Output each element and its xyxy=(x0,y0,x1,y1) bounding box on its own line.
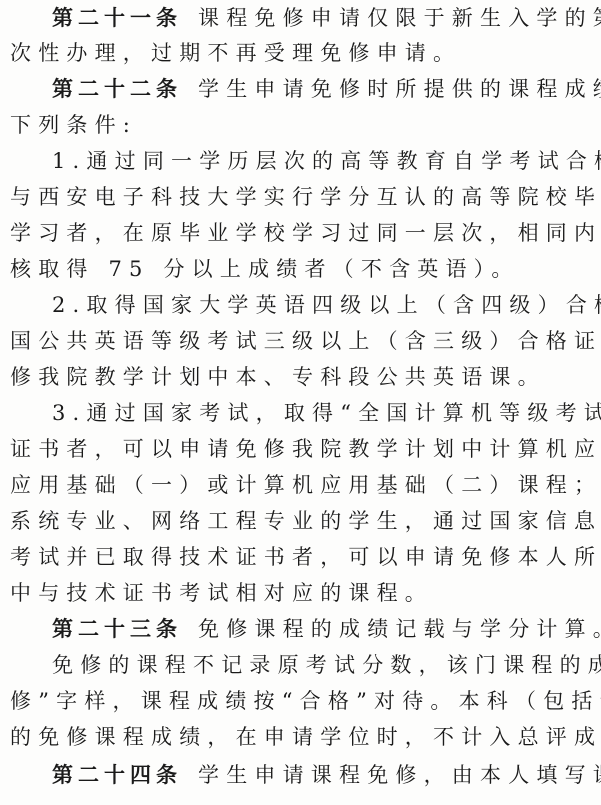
article-22-line-1: 第二十二条学生申请免修时所提供的课程成绩必须符合 xyxy=(52,71,601,107)
para-line-3: 的免修课程成绩，在申请学位时，不计入总评成绩。 xyxy=(10,719,590,755)
item-1-line-4: 核取得 75 分以上成绩者（不含英语）。 xyxy=(10,251,590,287)
document-page: 第二十一条课程免修申请仅限于新生入学的第一学期一 次性办理，过期不再受理免修申请… xyxy=(0,0,601,805)
item-1-line-3: 学习者，在原毕业学校学习过同一层次，相同内容的课程且经考 xyxy=(10,215,590,251)
item-3-line-4: 系统专业、网络工程专业的学生，通过国家信息化技术证书教育 xyxy=(10,503,590,539)
para-line-1: 免修的课程不记录原考试分数，该门课程的成绩栏内记“免 xyxy=(52,647,601,683)
item-3-line-1: 3.通过国家考试，取得“全国计算机等级考试”一级及以上 xyxy=(52,395,601,431)
article-22-line-2: 下列条件: xyxy=(10,107,590,143)
article-21-line-2: 次性办理，过期不再受理免修申请。 xyxy=(10,35,590,71)
item-3-line-6: 中与技术证书考试相对应的课程。 xyxy=(10,575,590,611)
para-line-2: 修”字样，课程成绩按“合格”对待。本科（包括专升本）学生 xyxy=(10,683,590,719)
article-24-title: 第二十四条 xyxy=(52,762,182,787)
item-3-line-5: 考试并已取得技术证书者，可以申请免修本人所学专业教学计划 xyxy=(10,539,590,575)
article-23-title: 第二十三条 xyxy=(52,616,182,641)
item-3-line-3: 应用基础（一）或计算机应用基础（二）课程；信息管理与信息 xyxy=(10,467,590,503)
article-24-line-1: 第二十四条学生申请课程免修，由本人填写课程免修申请 xyxy=(52,757,601,793)
article-21-title: 第二十一条 xyxy=(52,5,182,30)
item-1-line-1: 1.通过同一学历层次的高等教育自学考试合格以上成绩或 xyxy=(52,143,601,179)
article-23-line-1: 第二十三条免修课程的成绩记载与学分计算。 xyxy=(52,611,601,647)
article-22-title: 第二十二条 xyxy=(52,76,182,101)
article-21-line-1: 第二十一条课程免修申请仅限于新生入学的第一学期一 xyxy=(52,0,601,36)
item-1-line-2: 与西安电子科技大学实行学分互认的高等院校毕业生参加本院 xyxy=(10,179,590,215)
item-2-line-2: 国公共英语等级考试三级以上（含三级）合格证书，可以申请免 xyxy=(10,323,590,359)
item-2-line-3: 修我院教学计划中本、专科段公共英语课。 xyxy=(10,359,590,395)
item-3-line-2: 证书者，可以申请免修我院教学计划中计算机应用基础、计算机 xyxy=(10,431,590,467)
item-2-line-1: 2.取得国家大学英语四级以上（含四级）合格证书或取得全 xyxy=(52,287,601,323)
